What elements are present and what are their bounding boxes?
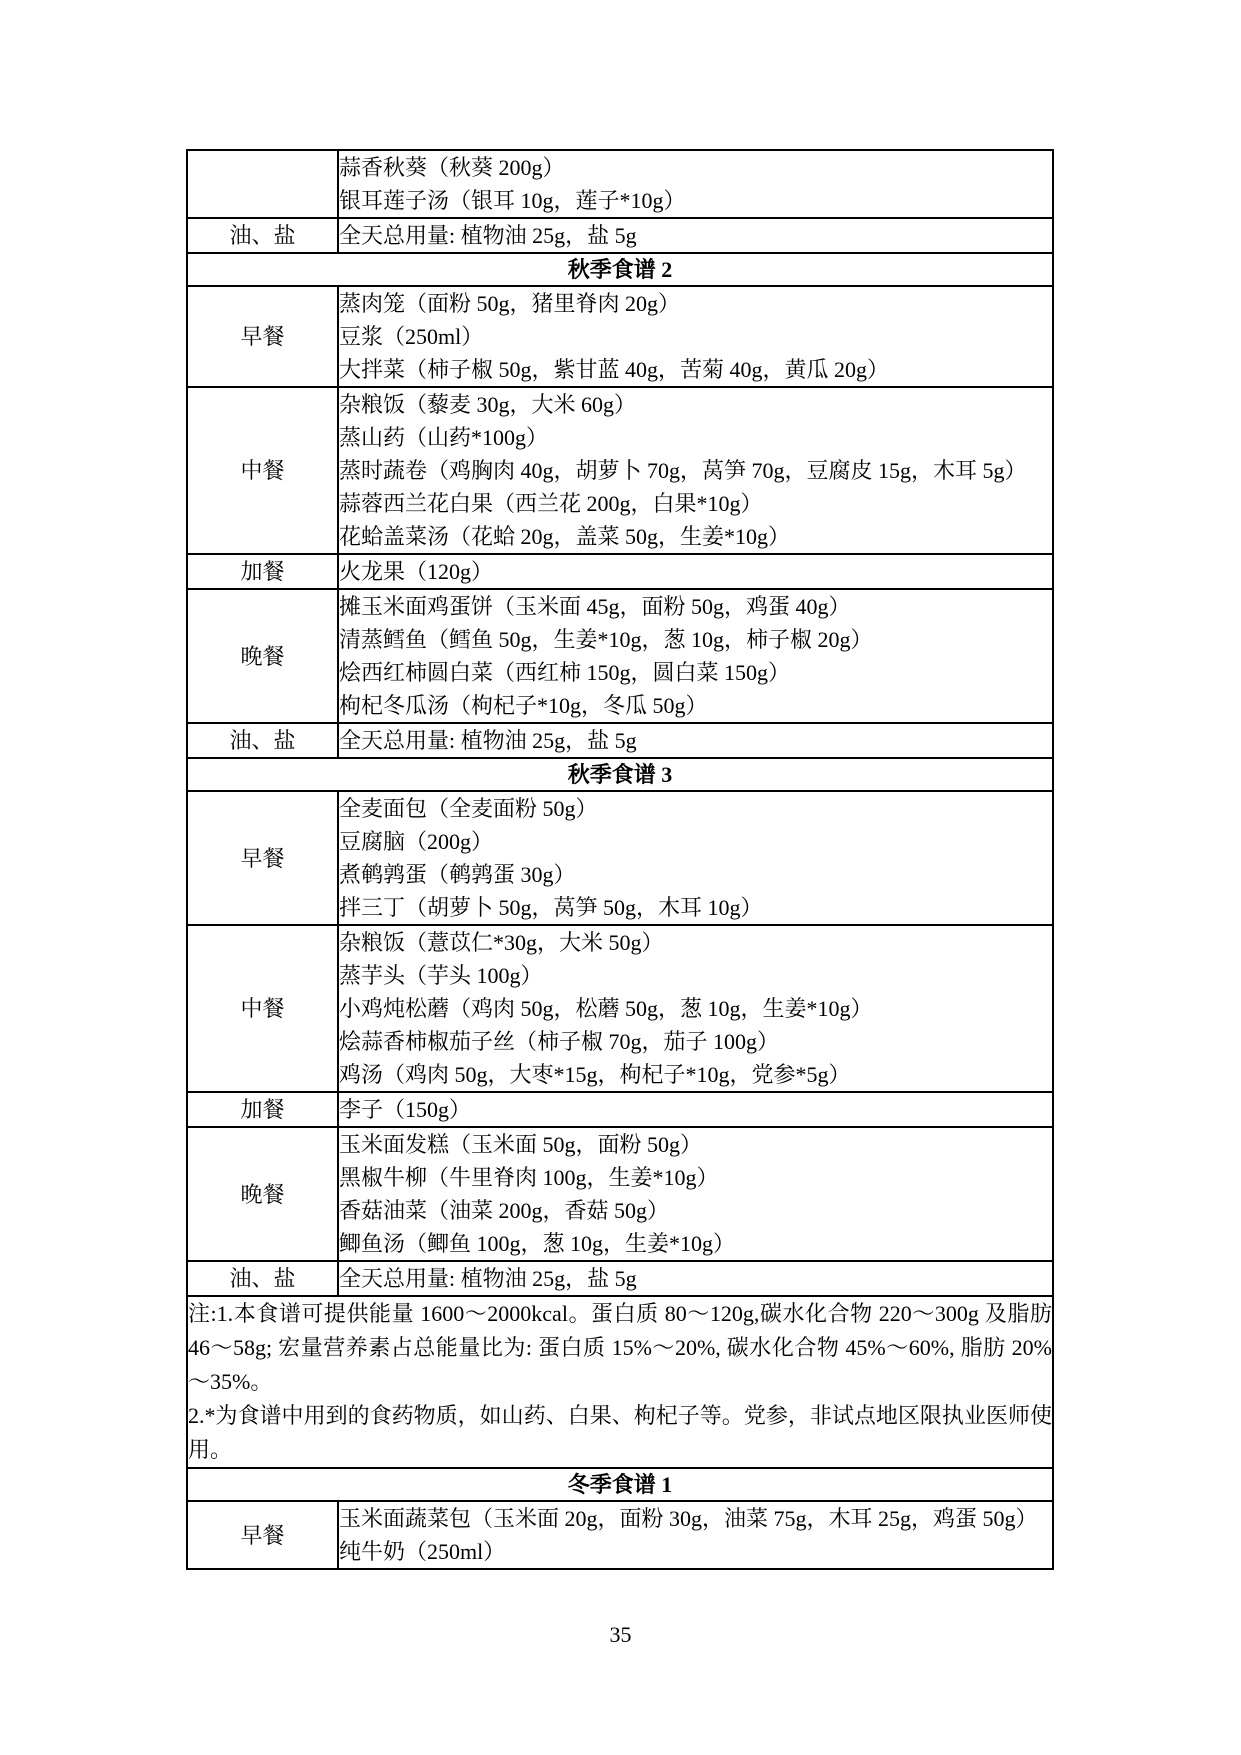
dish-line: 煮鹌鹑蛋（鹌鹑蛋 30g） — [339, 858, 1052, 891]
header-row: 秋季食谱 3 — [187, 758, 1053, 791]
dish-line: 鲫鱼汤（鲫鱼 100g，葱 10g，生姜*10g） — [339, 1227, 1052, 1260]
meal-row: 油、盐全天总用量: 植物油 25g，盐 5g — [187, 1261, 1053, 1296]
note-paragraph: 注:1.本食谱可提供能量 1600～2000kcal。蛋白质 80～120g,碳… — [188, 1297, 1052, 1399]
meal-label-cell: 油、盐 — [187, 1261, 338, 1296]
meal-row: 油、盐全天总用量: 植物油 25g，盐 5g — [187, 218, 1053, 253]
dish-line: 豆浆（250ml） — [339, 320, 1052, 353]
dish-line: 枸杞冬瓜汤（枸杞子*10g，冬瓜 50g） — [339, 689, 1052, 722]
meal-label-cell: 加餐 — [187, 554, 338, 589]
meal-dishes-cell: 全麦面包（全麦面粉 50g）豆腐脑（200g）煮鹌鹑蛋（鹌鹑蛋 30g）拌三丁（… — [338, 791, 1053, 925]
dish-line: 银耳莲子汤（银耳 10g，莲子*10g） — [339, 184, 1052, 217]
meal-dishes-cell: 全天总用量: 植物油 25g，盐 5g — [338, 723, 1053, 758]
dish-line: 拌三丁（胡萝卜 50g，莴笋 50g，木耳 10g） — [339, 891, 1052, 924]
dish-line: 清蒸鳕鱼（鳕鱼 50g，生姜*10g，葱 10g，柿子椒 20g） — [339, 623, 1052, 656]
dish-line: 李子（150g） — [339, 1093, 1052, 1126]
dish-line: 玉米面蔬菜包（玉米面 20g，面粉 30g，油菜 75g，木耳 25g，鸡蛋 5… — [339, 1502, 1052, 1535]
dish-line: 小鸡炖松蘑（鸡肉 50g，松蘑 50g，葱 10g，生姜*10g） — [339, 992, 1052, 1025]
meal-dishes-cell: 蒜香秋葵（秋葵 200g）银耳莲子汤（银耳 10g，莲子*10g） — [338, 150, 1053, 218]
dish-line: 玉米面发糕（玉米面 50g，面粉 50g） — [339, 1128, 1052, 1161]
dish-line: 蒸山药（山药*100g） — [339, 421, 1052, 454]
dish-line: 杂粮饭（藜麦 30g，大米 60g） — [339, 388, 1052, 421]
dish-line: 蒸芋头（芋头 100g） — [339, 959, 1052, 992]
dish-line: 鸡汤（鸡肉 50g，大枣*15g，枸杞子*10g，党参*5g） — [339, 1058, 1052, 1091]
dish-line: 香菇油菜（油菜 200g，香菇 50g） — [339, 1194, 1052, 1227]
meal-dishes-cell: 全天总用量: 植物油 25g，盐 5g — [338, 218, 1053, 253]
meal-label-cell: 油、盐 — [187, 218, 338, 253]
meal-label-cell: 晚餐 — [187, 589, 338, 723]
dish-line: 蒸时蔬卷（鸡胸肉 40g，胡萝卜 70g，莴笋 70g，豆腐皮 15g，木耳 5… — [339, 454, 1052, 487]
meal-row: 加餐李子（150g） — [187, 1092, 1053, 1127]
meal-dishes-cell: 杂粮饭（藜麦 30g，大米 60g）蒸山药（山药*100g）蒸时蔬卷（鸡胸肉 4… — [338, 387, 1053, 554]
meal-label-cell — [187, 150, 338, 218]
dish-line: 烩西红柿圆白菜（西红柿 150g，圆白菜 150g） — [339, 656, 1052, 689]
meal-row: 中餐杂粮饭（薏苡仁*30g，大米 50g）蒸芋头（芋头 100g）小鸡炖松蘑（鸡… — [187, 925, 1053, 1092]
meal-dishes-cell: 李子（150g） — [338, 1092, 1053, 1127]
dish-line: 大拌菜（柿子椒 50g，紫甘蓝 40g，苦菊 40g，黄瓜 20g） — [339, 353, 1052, 386]
meal-row: 早餐玉米面蔬菜包（玉米面 20g，面粉 30g，油菜 75g，木耳 25g，鸡蛋… — [187, 1501, 1053, 1569]
meal-label-cell: 中餐 — [187, 925, 338, 1092]
meal-row: 早餐全麦面包（全麦面粉 50g）豆腐脑（200g）煮鹌鹑蛋（鹌鹑蛋 30g）拌三… — [187, 791, 1053, 925]
section-header-title: 冬季食谱 1 — [187, 1468, 1053, 1501]
menu-table-body: 蒜香秋葵（秋葵 200g）银耳莲子汤（银耳 10g，莲子*10g）油、盐全天总用… — [187, 150, 1053, 1569]
meal-row: 早餐蒸肉笼（面粉 50g，猪里脊肉 20g）豆浆（250ml）大拌菜（柿子椒 5… — [187, 286, 1053, 387]
dish-line: 杂粮饭（薏苡仁*30g，大米 50g） — [339, 926, 1052, 959]
note-paragraph: 2.*为食谱中用到的食药物质，如山药、白果、枸杞子等。党参，非试点地区限执业医师… — [188, 1399, 1052, 1467]
note-row: 注:1.本食谱可提供能量 1600～2000kcal。蛋白质 80～120g,碳… — [187, 1296, 1053, 1468]
header-row: 冬季食谱 1 — [187, 1468, 1053, 1501]
dish-line: 全天总用量: 植物油 25g，盐 5g — [339, 724, 1052, 757]
dish-line: 烩蒜香柿椒茄子丝（柿子椒 70g，茄子 100g） — [339, 1025, 1052, 1058]
meal-row: 晚餐摊玉米面鸡蛋饼（玉米面 45g，面粉 50g，鸡蛋 40g）清蒸鳕鱼（鳕鱼 … — [187, 589, 1053, 723]
meal-plan-table: 蒜香秋葵（秋葵 200g）银耳莲子汤（银耳 10g，莲子*10g）油、盐全天总用… — [186, 149, 1054, 1570]
meal-dishes-cell: 杂粮饭（薏苡仁*30g，大米 50g）蒸芋头（芋头 100g）小鸡炖松蘑（鸡肉 … — [338, 925, 1053, 1092]
meal-dishes-cell: 火龙果（120g） — [338, 554, 1053, 589]
meal-dishes-cell: 摊玉米面鸡蛋饼（玉米面 45g，面粉 50g，鸡蛋 40g）清蒸鳕鱼（鳕鱼 50… — [338, 589, 1053, 723]
dish-line: 蒜香秋葵（秋葵 200g） — [339, 151, 1052, 184]
dish-line: 火龙果（120g） — [339, 555, 1052, 588]
meal-label-cell: 早餐 — [187, 1501, 338, 1569]
meal-row: 晚餐玉米面发糕（玉米面 50g，面粉 50g）黑椒牛柳（牛里脊肉 100g，生姜… — [187, 1127, 1053, 1261]
header-row: 秋季食谱 2 — [187, 253, 1053, 286]
meal-dishes-cell: 蒸肉笼（面粉 50g，猪里脊肉 20g）豆浆（250ml）大拌菜（柿子椒 50g… — [338, 286, 1053, 387]
dish-line: 纯牛奶（250ml） — [339, 1535, 1052, 1568]
meal-row: 中餐杂粮饭（藜麦 30g，大米 60g）蒸山药（山药*100g）蒸时蔬卷（鸡胸肉… — [187, 387, 1053, 554]
meal-row: 加餐火龙果（120g） — [187, 554, 1053, 589]
meal-label-cell: 早餐 — [187, 286, 338, 387]
meal-row: 油、盐全天总用量: 植物油 25g，盐 5g — [187, 723, 1053, 758]
dish-line: 蒜蓉西兰花白果（西兰花 200g，白果*10g） — [339, 487, 1052, 520]
meal-label-cell: 中餐 — [187, 387, 338, 554]
meal-dishes-cell: 全天总用量: 植物油 25g，盐 5g — [338, 1261, 1053, 1296]
dish-line: 摊玉米面鸡蛋饼（玉米面 45g，面粉 50g，鸡蛋 40g） — [339, 590, 1052, 623]
meal-dishes-cell: 玉米面蔬菜包（玉米面 20g，面粉 30g，油菜 75g，木耳 25g，鸡蛋 5… — [338, 1501, 1053, 1569]
meal-label-cell: 早餐 — [187, 791, 338, 925]
dish-line: 黑椒牛柳（牛里脊肉 100g，生姜*10g） — [339, 1161, 1052, 1194]
meal-label-cell: 加餐 — [187, 1092, 338, 1127]
meal-row: 蒜香秋葵（秋葵 200g）银耳莲子汤（银耳 10g，莲子*10g） — [187, 150, 1053, 218]
dish-line: 全天总用量: 植物油 25g，盐 5g — [339, 1262, 1052, 1295]
document-page: 蒜香秋葵（秋葵 200g）银耳莲子汤（银耳 10g，莲子*10g）油、盐全天总用… — [0, 0, 1241, 1755]
meal-label-cell: 油、盐 — [187, 723, 338, 758]
meal-dishes-cell: 玉米面发糕（玉米面 50g，面粉 50g）黑椒牛柳（牛里脊肉 100g，生姜*1… — [338, 1127, 1053, 1261]
page-number: 35 — [0, 1622, 1241, 1648]
meal-label-cell: 晚餐 — [187, 1127, 338, 1261]
section-header-title: 秋季食谱 3 — [187, 758, 1053, 791]
dish-line: 全麦面包（全麦面粉 50g） — [339, 792, 1052, 825]
section-header-title: 秋季食谱 2 — [187, 253, 1053, 286]
dish-line: 蒸肉笼（面粉 50g，猪里脊肉 20g） — [339, 287, 1052, 320]
notes-cell: 注:1.本食谱可提供能量 1600～2000kcal。蛋白质 80～120g,碳… — [187, 1296, 1053, 1468]
dish-line: 花蛤盖菜汤（花蛤 20g，盖菜 50g，生姜*10g） — [339, 520, 1052, 553]
dish-line: 豆腐脑（200g） — [339, 825, 1052, 858]
dish-line: 全天总用量: 植物油 25g，盐 5g — [339, 219, 1052, 252]
